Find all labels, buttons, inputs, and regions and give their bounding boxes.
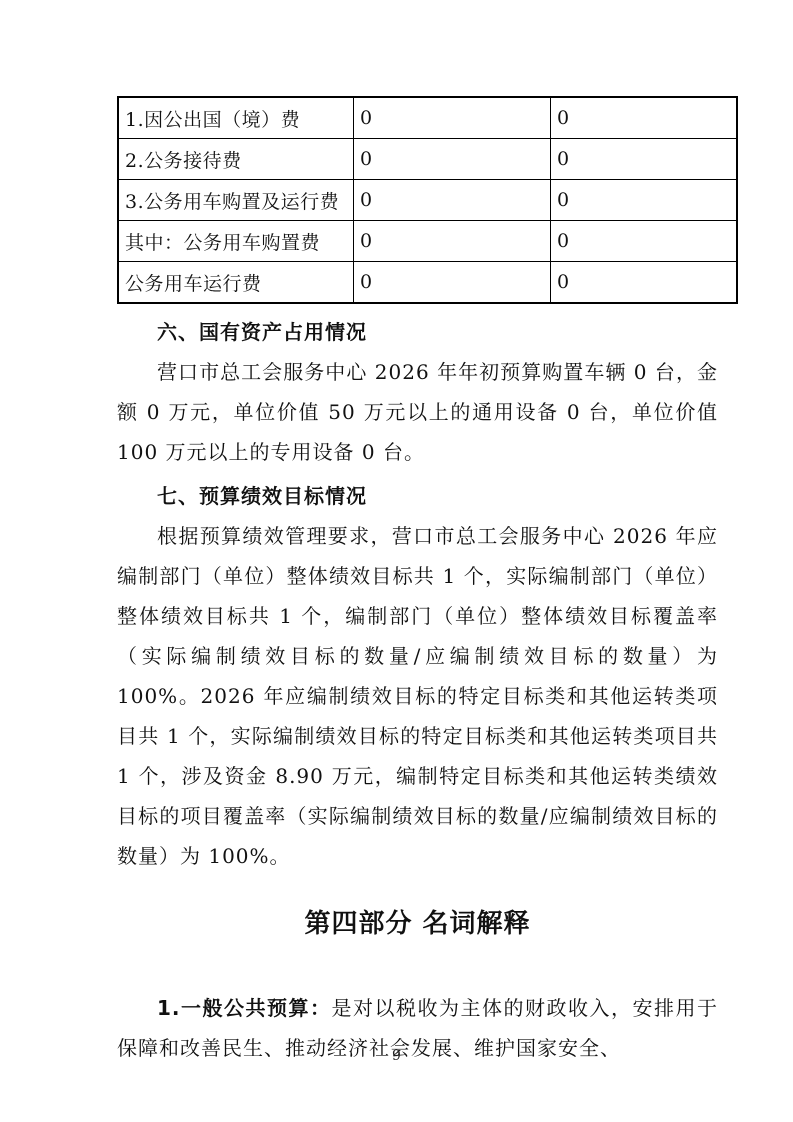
value-cell: 0 [551,221,738,262]
section-seven-paragraph: 根据预算绩效管理要求，营口市总工会服务中心 2026 年应编制部门（单位）整体绩… [117,516,718,876]
section-six-heading: 六、国有资产占用情况 [117,312,718,352]
part-four-title: 第四部分 名词解释 [117,904,718,944]
page-number: 9 [0,1048,793,1064]
table-row: 1.因公出国（境）费 0 0 [118,97,737,139]
value-cell: 0 [551,180,738,221]
value-cell: 0 [354,139,551,180]
row-label-cell: 3.公务用车购置及运行费 [118,180,354,221]
value-cell: 0 [551,262,738,304]
document-page: 1.因公出国（境）费 0 0 2.公务接待费 0 0 3.公务用车购置及运行费 … [0,0,793,1122]
table-row: 3.公务用车购置及运行费 0 0 [118,180,737,221]
row-label-cell: 2.公务接待费 [118,139,354,180]
row-label-cell: 1.因公出国（境）费 [118,97,354,139]
table-row: 其中：公务用车购置费 0 0 [118,221,737,262]
term-label: 1.一般公共预算： [157,996,332,1020]
value-cell: 0 [354,262,551,304]
value-cell: 0 [551,97,738,139]
value-cell: 0 [354,97,551,139]
value-cell: 0 [551,139,738,180]
value-cell: 0 [354,180,551,221]
value-cell: 0 [354,221,551,262]
table-row: 公务用车运行费 0 0 [118,262,737,304]
row-label-cell: 其中：公务用车购置费 [118,221,354,262]
row-label-cell: 公务用车运行费 [118,262,354,304]
section-six-paragraph: 营口市总工会服务中心 2026 年年初预算购置车辆 0 台，金额 0 万元，单位… [117,352,718,472]
table-row: 2.公务接待费 0 0 [118,139,737,180]
section-seven-heading: 七、预算绩效目标情况 [117,476,718,516]
expense-table: 1.因公出国（境）费 0 0 2.公务接待费 0 0 3.公务用车购置及运行费 … [117,96,738,304]
